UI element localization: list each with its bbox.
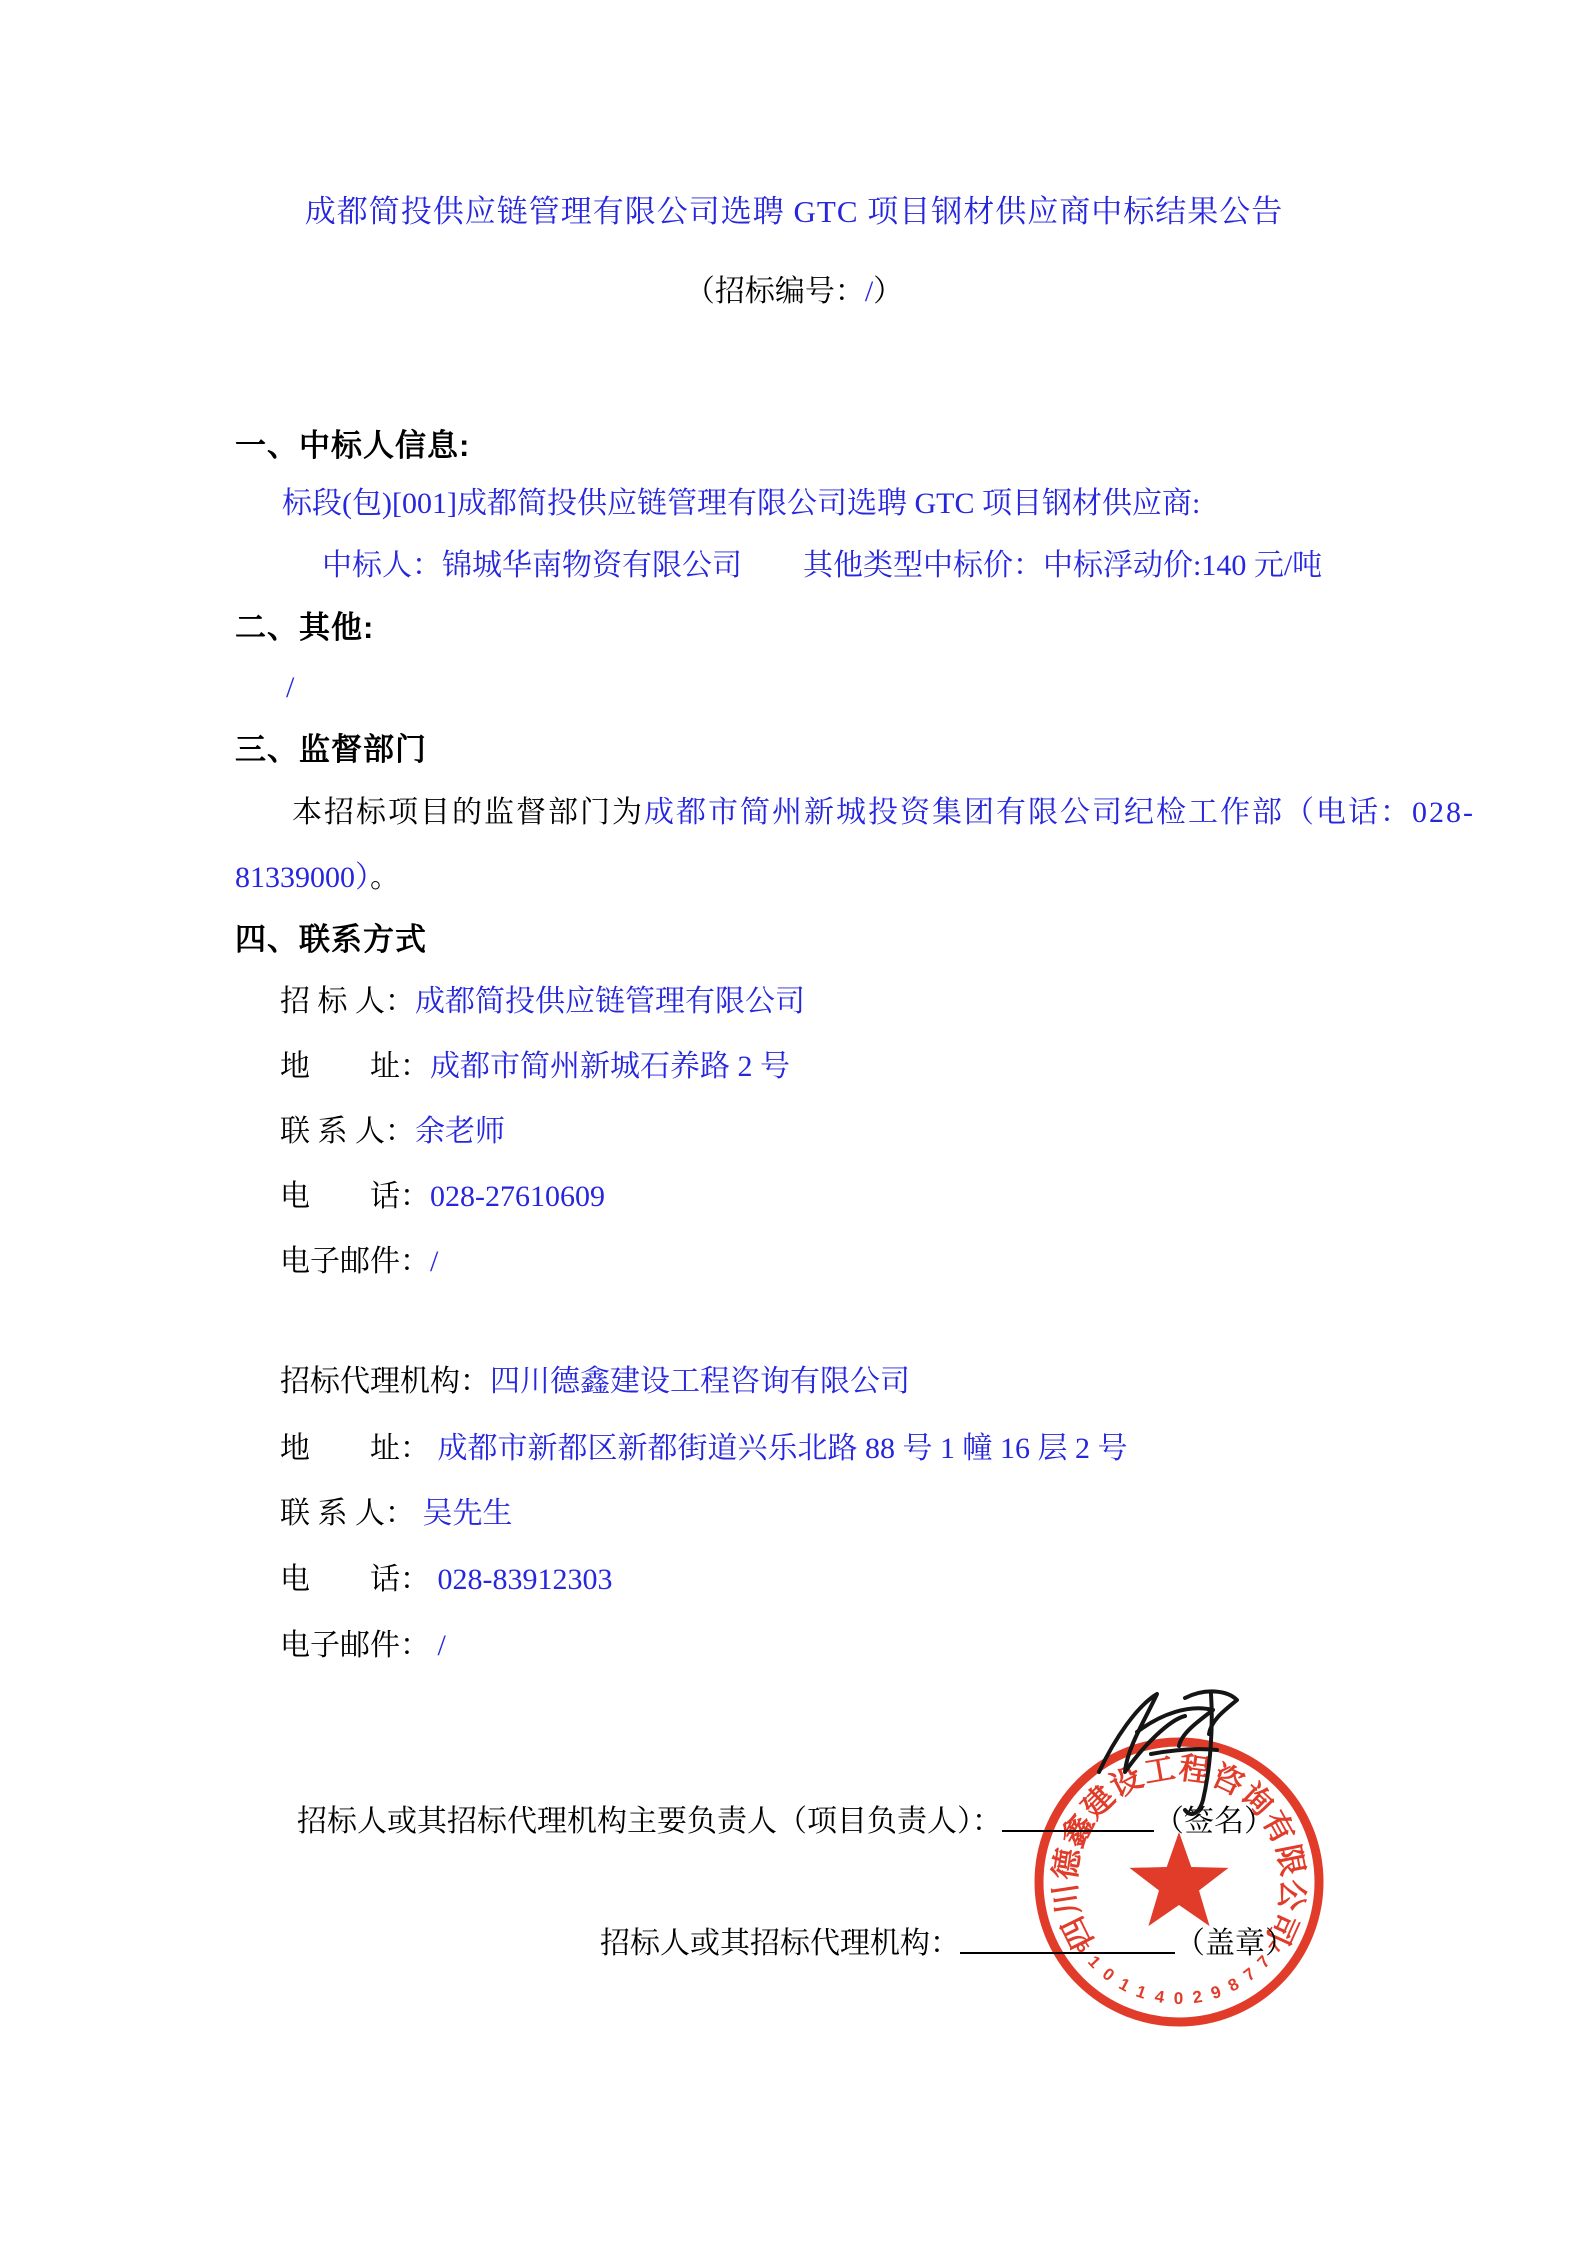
tender-number-prefix: （招标编号： <box>685 275 865 308</box>
supervision-prefix: 本招标项目的监督部门为 <box>292 796 644 829</box>
phone-value: 028-27610609 <box>430 1180 605 1213</box>
contact-row-email: 电子邮件：/ <box>280 1242 438 1282</box>
page-title: 成都简投供应链管理有限公司选聘 GTC 项目钢材供应商中标结果公告 <box>0 192 1588 232</box>
supervision-line1: 本招标项目的监督部门为成都市简州新城投资集团有限公司纪检工作部（电话：028- <box>292 793 1475 833</box>
section3-heading: 三、监督部门 <box>235 730 427 770</box>
phone-label: 电 话： <box>280 1180 430 1213</box>
agency-address-value: 成都市新都区新都街道兴乐北路 88 号 1 幢 16 层 2 号 <box>430 1432 1128 1465</box>
agency-phone-value: 028-83912303 <box>430 1563 613 1596</box>
agency-label: 招标代理机构： <box>280 1365 490 1398</box>
agency-row-person: 联 系 人： 吴先生 <box>280 1494 513 1534</box>
agency-address-label: 地 址： <box>280 1432 430 1465</box>
tender-number-line: （招标编号：/） <box>0 272 1588 312</box>
supervision-phone: 81339000） <box>235 861 370 894</box>
section2-value: / <box>286 668 294 708</box>
document-page: 成都简投供应链管理有限公司选聘 GTC 项目钢材供应商中标结果公告 （招标编号：… <box>0 0 1588 2244</box>
tenderer-value: 成都简投供应链管理有限公司 <box>415 985 805 1018</box>
signature1-label: 招标人或其招标代理机构主要负责人（项目负责人）： <box>297 1805 1002 1838</box>
tenderer-label: 招 标 人： <box>280 985 415 1018</box>
agency-email-value: / <box>430 1629 446 1662</box>
supervision-dept: 成都市简州新城投资集团有限公司纪检工作部（电话：028- <box>644 796 1475 829</box>
contact-row-person: 联 系 人：余老师 <box>280 1112 505 1152</box>
person-label: 联 系 人： <box>280 1115 415 1148</box>
signature2-label: 招标人或其招标代理机构： <box>600 1927 960 1960</box>
tender-number-value: / <box>865 275 873 308</box>
winner-text: 中标人：锦城华南物资有限公司 <box>322 549 742 582</box>
handwriting-strokes <box>1085 1676 1255 1841</box>
agency-value: 四川德鑫建设工程咨询有限公司 <box>490 1365 910 1398</box>
email-value: / <box>430 1245 438 1278</box>
winner-line: 中标人：锦城华南物资有限公司其他类型中标价：中标浮动价:140 元/吨 <box>322 546 1322 586</box>
agency-person-value: 吴先生 <box>415 1497 513 1530</box>
price-text: 其他类型中标价：中标浮动价:140 元/吨 <box>803 549 1322 582</box>
address-value: 成都市简州新城石养路 2 号 <box>430 1050 790 1083</box>
email-label: 电子邮件： <box>280 1245 430 1278</box>
agency-row-email: 电子邮件： / <box>280 1626 446 1666</box>
agency-row-address: 地 址： 成都市新都区新都街道兴乐北路 88 号 1 幢 16 层 2 号 <box>280 1429 1128 1469</box>
agency-row-name: 招标代理机构：四川德鑫建设工程咨询有限公司 <box>280 1362 910 1402</box>
section4-heading: 四、联系方式 <box>235 920 427 960</box>
handwritten-signature <box>1085 1676 1255 1841</box>
supervision-period: 。 <box>370 861 400 894</box>
agency-person-label: 联 系 人： <box>280 1497 415 1530</box>
agency-row-phone: 电 话： 028-83912303 <box>280 1560 613 1600</box>
tender-number-suffix: ） <box>873 275 903 308</box>
section2-heading: 二、其他: <box>235 608 374 648</box>
contact-row-phone: 电 话：028-27610609 <box>280 1177 605 1217</box>
contact-row-address: 地 址：成都市简州新城石养路 2 号 <box>280 1047 790 1087</box>
supervision-line2: 81339000）。 <box>235 858 400 898</box>
agency-phone-label: 电 话： <box>280 1563 430 1596</box>
section1-heading: 一、中标人信息: <box>235 426 470 466</box>
address-label: 地 址： <box>280 1050 430 1083</box>
seal-star <box>1130 1832 1229 1926</box>
person-value: 余老师 <box>415 1115 505 1148</box>
agency-email-label: 电子邮件： <box>280 1629 430 1662</box>
contact-row-tenderer: 招 标 人：成都简投供应链管理有限公司 <box>280 982 805 1022</box>
lot-line: 标段(包)[001]成都简投供应链管理有限公司选聘 GTC 项目钢材供应商: <box>282 484 1200 524</box>
